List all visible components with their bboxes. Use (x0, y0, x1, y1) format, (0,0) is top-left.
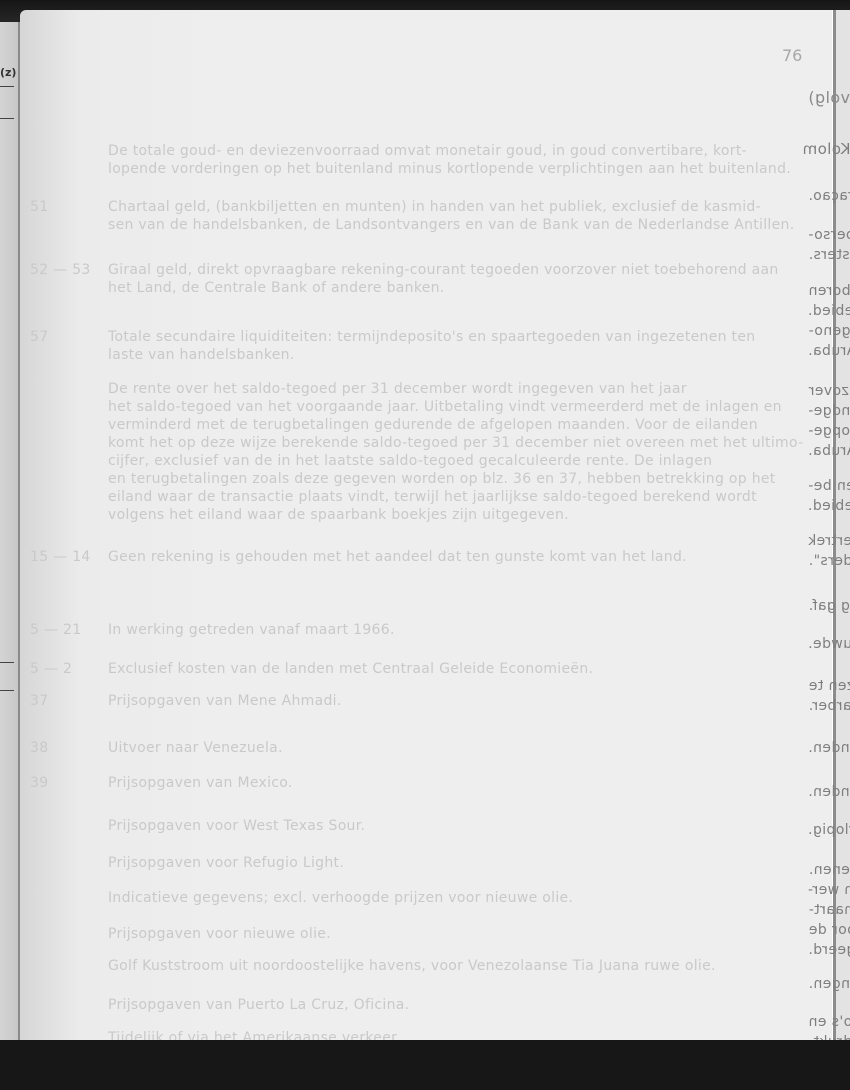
note-text: Exclusief voor of door de overheid gebou… (808, 636, 850, 652)
note-continuation: nomen, behalve voor Aruba. (808, 443, 850, 459)
bleed-text-line: het Land, de Centrale Bank of andere ban… (108, 280, 445, 296)
note-entry: O 32 — 33Omvatten zowel guldens- als val… (808, 976, 850, 992)
note-text: De cijfers hebben alleen betrekking op d… (808, 678, 850, 694)
bleed-text-line: volgens het eiland waar de spaarbank boe… (108, 507, 569, 523)
bleed-text-line: cijfer, exclusief van de in het laatste … (108, 453, 712, 469)
note-continuation: nummer 1972 van deze publikatie opgenome… (808, 922, 850, 938)
bleed-text-line: Prijsopgaven voor West Texas Sour. (108, 818, 365, 834)
note-continuation: Het is gebleken dat „Valuta tegoeden" do… (808, 882, 850, 898)
bleed-text-line: Prijsopgaven voor Refugio Light. (108, 855, 344, 871)
note-text: De jaar- en maandcijfers zijn inclusief … (808, 740, 850, 756)
note-entry: B 1 — 7Wettelijke bevolking per ultimo j… (808, 227, 850, 243)
note-continuation: deze personen ingeschreven stonden in he… (808, 403, 850, 419)
note-text: Wettelijke bevolking per ultimo jaar c.q… (808, 227, 850, 243)
note-continuation: pen, behalve voor Aruba. (808, 343, 850, 359)
note-text: Afschrijvingen van het bevolkingsregiste… (808, 533, 850, 549)
bleed-text-line: De rente over het saldo-tegoed per 31 de… (108, 381, 687, 397)
bleed-text-line: Prijsopgaven van Mene Ahmadi. (108, 693, 342, 709)
bleed-text-line: In werking getreden vanaf maart 1966. (108, 622, 395, 638)
note-continuation: trekking op vestiging van elders in het … (808, 498, 850, 514)
bleed-text-line: Golf Kuststroom uit noordoostelijke have… (108, 958, 716, 974)
note-entry: B 32 — 39Afschrijvingen van het bevolkin… (808, 533, 850, 549)
note-continuation: naar elders". (808, 553, 850, 569)
bleed-text-line: Prijsopgaven van Mexico. (108, 775, 293, 791)
bleed-text-line: Uitvoer naar Venezuela. (108, 740, 283, 756)
note-entry: M 10 — 12De jaar- en maandcijfers zijn i… (808, 784, 850, 800)
note-entry: B 24 — 31Inschrijvingen in de bevolkings… (808, 478, 850, 494)
note-continuation: Parera en Barber. (808, 698, 850, 714)
note-text: Volgens waarnemingen op Dr. A. Plesman L… (808, 188, 850, 204)
bleed-text-line: Chartaal geld, (bankbiljetten en munten)… (108, 199, 761, 215)
note-text: Inklusief valutategoeden van ingezetenen… (808, 862, 850, 878)
note-entry: O 31Inklusief valutategoeden van ingezet… (808, 862, 850, 878)
note-continuation: Levendgeborenen, overleden vóór de geboo… (808, 323, 850, 339)
bleed-text-line: Giraal geld, direkt opvraagbare rekening… (108, 262, 779, 278)
bleed-column-number: 5 — 2 (30, 661, 72, 677)
note-entry: A 1 — 11Volgens waarnemingen op Dr. A. P… (808, 188, 850, 204)
bleed-text-line: sen van de handelsbanken, de Landsontvan… (108, 217, 794, 233)
bleed-text-line: Prijsopgaven van Puerto La Cruz, Oficina… (108, 997, 409, 1013)
note-continuation: gegeven maanden zijn hiervoor gecorrigee… (808, 942, 850, 958)
bleed-text-line: eiland waar de transactie plaats vindt, … (108, 489, 757, 505)
bleed-text-line: De totale goud- en deviezenvoorraad omva… (108, 143, 747, 159)
note-text: De jaar- en maandcijfers zijn inclusief … (808, 784, 850, 800)
note-entry: J 1 — 8De cijfers hebben alleen betrekki… (808, 678, 850, 694)
note-continuation: nen, ingeschreven in de eilandelijke bev… (808, 247, 850, 263)
note-continuation: bied. Vóór de geboorteregistratie overle… (808, 423, 850, 439)
note-entry: M 1 — 3De jaar- en maandcijfers zijn inc… (808, 740, 850, 756)
page-number: 76 (782, 46, 802, 65)
scan-bottom-shadow (0, 1040, 850, 1090)
adjacent-page-rule (0, 118, 14, 119)
bleed-column-number: 37 (30, 693, 48, 709)
bleed-text-line: het saldo-tegoed van het voorgaande jaar… (108, 399, 782, 415)
bleed-text-line: Geen rekening is gehouden met het aandee… (108, 549, 687, 565)
adjacent-page-fragment: (z) (0, 66, 16, 79)
note-text: Aantal nieuwe gevallen waarbij het labor… (808, 598, 850, 614)
note-entry: D 1 — 10Exclusief voor of door de overhe… (808, 636, 850, 652)
adjacent-page-edge: (z) (0, 22, 20, 1042)
note-continuation: den beschouwd. Dienovereenkomstig is de … (808, 902, 850, 918)
bleed-text-line: Exclusief kosten van de landen met Centr… (108, 661, 593, 677)
note-entry: B 8 — 12Aantal levendgeborenen onder de … (808, 283, 850, 299)
adjacent-page-rule (0, 86, 14, 87)
note-text: Omvatten zowel guldens- als valutarekeni… (808, 976, 850, 992)
adjacent-page-rule (0, 662, 14, 663)
bleed-text-line: Indicatieve gegevens; excl. verhoogde pr… (108, 890, 573, 906)
adjacent-page-rule (0, 690, 14, 691)
page-heading: TOELICHTING (vervolg) (808, 88, 850, 107)
bleed-text-line: Totale secundaire liquiditeiten: termijn… (108, 329, 755, 345)
bleed-text-line: verminderd met de terugbetalingen gedure… (108, 417, 758, 433)
note-text: Inschrijvingen in de bevolkingsregisters… (808, 478, 850, 494)
bleed-text-line: laste van handelsbanken. (108, 347, 295, 363)
note-text: De cijfers over 1973 zijn voorlopig. (808, 822, 850, 838)
note-text: Aantal overledenen onder de wettelijke b… (808, 383, 850, 399)
note-entry: C 1 — 8Aantal nieuwe gevallen waarbij he… (808, 598, 850, 614)
bleed-text-line: en terugbetalingen zoals deze gegeven wo… (108, 471, 776, 487)
bleed-column-number: 52 — 53 (30, 262, 91, 278)
bleed-text-line: komt het op deze wijze berekende saldo-t… (108, 435, 803, 451)
bleed-column-number: 51 (30, 199, 48, 215)
note-entry: O 35De post „Waarvan in valuta" geeft he… (808, 1014, 850, 1030)
note-continuation: ouders, ingeschreven in het bevolkingsre… (808, 303, 850, 319)
bleed-text-line: lopende vorderingen op het buitenland mi… (108, 161, 791, 177)
column-label: Kolom (802, 140, 850, 158)
bleed-column-number: 57 (30, 329, 48, 345)
bleed-column-number: 5 — 21 (30, 622, 81, 638)
bleed-column-number: 39 (30, 775, 48, 791)
bleed-column-number: 38 (30, 740, 48, 756)
bleed-column-number: 15 — 14 (30, 549, 91, 565)
note-entry: B 13 — 17Aantal overledenen onder de wet… (808, 383, 850, 399)
note-entry: O 21 — 58De cijfers over 1973 zijn voorl… (808, 822, 850, 838)
bleed-text-line: Prijsopgaven voor nieuwe olie. (108, 926, 331, 942)
note-text: Aantal levendgeborenen onder de wettelij… (808, 283, 850, 299)
note-text: De post „Waarvan in valuta" geeft het ge… (808, 1014, 850, 1030)
